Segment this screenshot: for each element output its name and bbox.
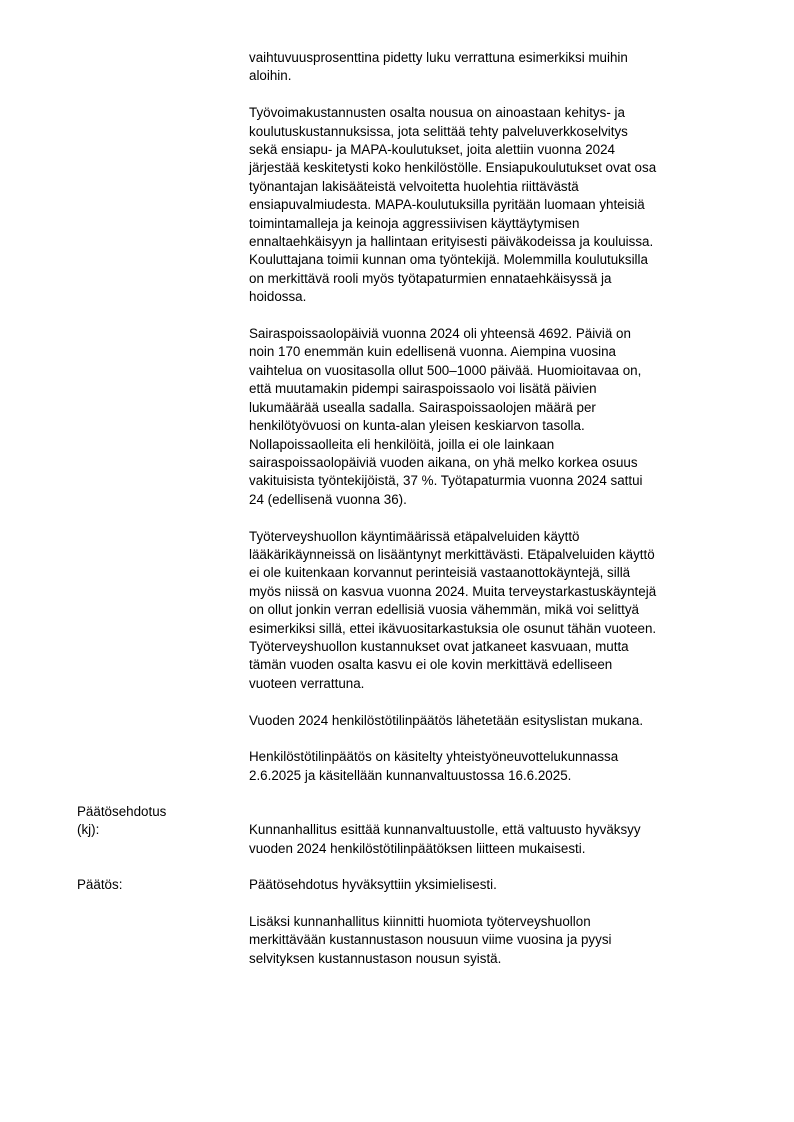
text-line: myös niissä on kasvua vuonna 2024. Muita… — [249, 583, 729, 601]
document-page: vaihtuvuusprosenttina pidetty luku verra… — [0, 0, 794, 1122]
text-line: koulutuskustannuksissa, jota selittää te… — [249, 123, 729, 141]
text-line: esimerkiksi sillä, ettei ikävuositarkast… — [249, 620, 729, 638]
text-line: vuoden 2024 henkilöstötilinpäätöksen lii… — [249, 840, 641, 858]
label-line: Päätös: — [77, 876, 122, 894]
text-line: Päätösehdotus hyväksyttiin yksimielisest… — [249, 876, 612, 894]
text-line: Sairaspoissaolopäiviä vuonna 2024 oli yh… — [249, 325, 729, 343]
decision-text: Päätösehdotus hyväksyttiin yksimielisest… — [249, 876, 612, 968]
text-line: Lisäksi kunnanhallitus kiinnitti huomiot… — [249, 913, 612, 931]
text-line: on merkittävä rooli myös työtapaturmien … — [249, 270, 729, 288]
text-line: Työvoimakustannusten osalta nousua on ai… — [249, 104, 729, 122]
paragraph-occupational-health: Työterveyshuollon käyntimäärissä etäpalv… — [249, 528, 729, 694]
text-line: sekä ensiapu- ja MAPA-koulutukset, joita… — [249, 141, 729, 159]
text-line: vaihtuvuusprosenttina pidetty luku verra… — [249, 49, 729, 67]
text-line: vuoteen verrattuna. — [249, 675, 729, 693]
text-line: Työterveyshuollon kustannukset ovat jatk… — [249, 638, 729, 656]
text-line: Kunnanhallitus esittää kunnanvaltuustoll… — [249, 821, 641, 839]
text-line: on ollut jonkin verran edellisiä vuosia … — [249, 601, 729, 619]
paragraph-labor-costs: Työvoimakustannusten osalta nousua on ai… — [249, 104, 729, 306]
paragraph-attachment-note: Vuoden 2024 henkilöstötilinpäätös lähete… — [249, 712, 729, 730]
label-line: Päätösehdotus — [77, 803, 166, 821]
text-line: tämän vuoden osalta kasvu ei ole kovin m… — [249, 656, 729, 674]
paragraph-sick-leave: Sairaspoissaolopäiviä vuonna 2024 oli yh… — [249, 325, 729, 509]
text-line: ennaltaehkäisyyn ja hallintaan erityises… — [249, 233, 729, 251]
text-line: lukumäärää usealla sadalla. Sairaspoissa… — [249, 399, 729, 417]
paragraph-processing-dates: Henkilöstötilinpäätös on käsitelty yhtei… — [249, 748, 729, 785]
text-line: Vuoden 2024 henkilöstötilinpäätös lähete… — [249, 712, 729, 730]
text-line: että muutamakin pidempi sairaspoissaolo … — [249, 380, 729, 398]
proposal-label: Päätösehdotus (kj): — [77, 803, 166, 840]
text-line: Henkilöstötilinpäätös on käsitelty yhtei… — [249, 748, 729, 766]
text-line: merkittävään kustannustason nousuun viim… — [249, 931, 612, 949]
proposal-text: Kunnanhallitus esittää kunnanvaltuustoll… — [249, 821, 641, 858]
text-line: toimintamalleja ja keinoja aggressiivise… — [249, 215, 729, 233]
text-line: Kouluttajana toimii kunnan oma työntekij… — [249, 251, 729, 269]
text-line: Nollapoissaolleita eli henkilöitä, joill… — [249, 436, 729, 454]
text-line: noin 170 enemmän kuin edellisenä vuonna.… — [249, 343, 729, 361]
text-line: hoidossa. — [249, 288, 729, 306]
text-line: 24 (edellisenä vuonna 36). — [249, 491, 729, 509]
text-line: ensiapuvalmiudesta. MAPA-koulutuksilla p… — [249, 196, 729, 214]
text-line: lääkärikäynneissä on lisääntynyt merkitt… — [249, 546, 729, 564]
blank-line — [249, 894, 612, 912]
text-line: järjestää keskitetysti koko henkilöstöll… — [249, 159, 729, 177]
text-line: selvityksen kustannustason nousun syistä… — [249, 950, 612, 968]
text-line: vaihtelua on vuositasolla ollut 500–1000… — [249, 362, 729, 380]
text-line: henkilötyövuosi on kunta-alan yleisen ke… — [249, 417, 729, 435]
text-line: 2.6.2025 ja käsitellään kunnanvaltuustos… — [249, 767, 729, 785]
paragraph-turnover: vaihtuvuusprosenttina pidetty luku verra… — [249, 49, 729, 86]
text-line: Työterveyshuollon käyntimäärissä etäpalv… — [249, 528, 729, 546]
text-line: työnantajan lakisääteistä velvoitetta hu… — [249, 178, 729, 196]
body-text: vaihtuvuusprosenttina pidetty luku verra… — [249, 49, 729, 804]
text-line: aloihin. — [249, 67, 729, 85]
label-line: (kj): — [77, 821, 166, 839]
decision-label: Päätös: — [77, 876, 122, 894]
text-line: vakituisista työntekijöistä, 37 %. Työta… — [249, 472, 729, 490]
text-line: sairaspoissaolopäiviä vuoden aikana, on … — [249, 454, 729, 472]
text-line: ei ole kuitenkaan korvannut perinteisiä … — [249, 564, 729, 582]
